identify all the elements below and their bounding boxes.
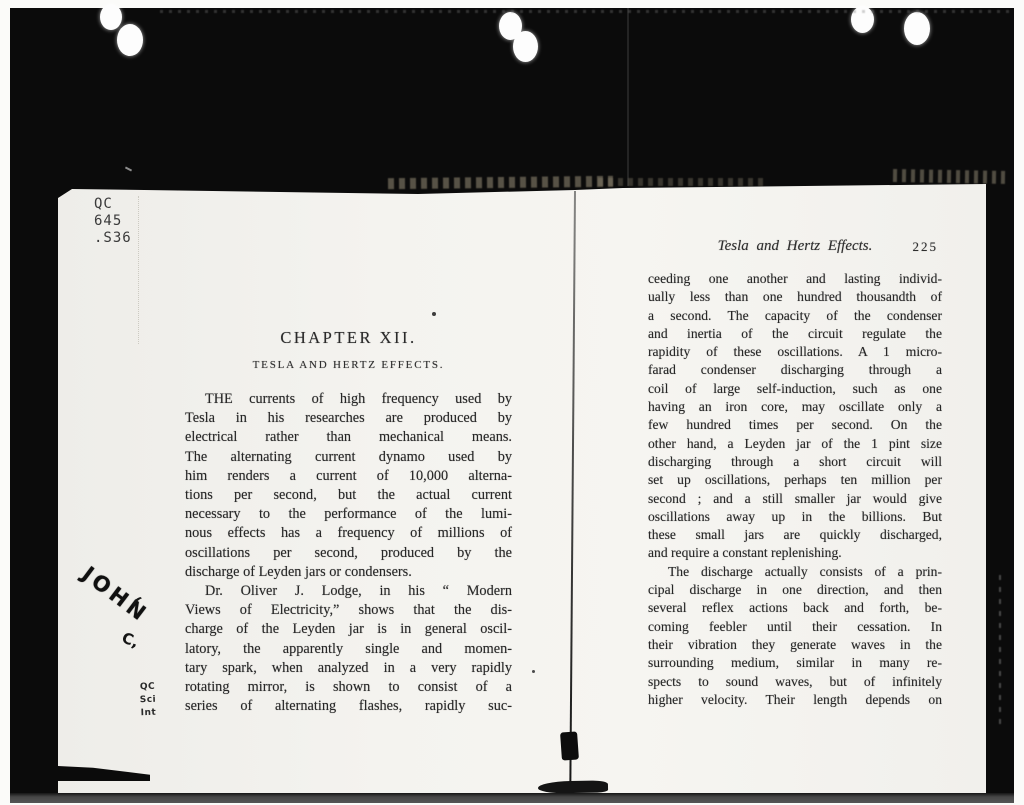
- punch-hole: [513, 31, 538, 62]
- text-line: oscillations per second, produced by the: [185, 544, 512, 563]
- text-line: their vibration they generate waves in t…: [648, 636, 942, 654]
- stamp-partial-mark: C,: [119, 629, 141, 652]
- scan-bottom-edge-bar: [10, 793, 1014, 803]
- right-page-body: ceeding one another and lasting individ-…: [648, 270, 942, 709]
- chapter-heading: CHAPTER XII.: [185, 328, 512, 348]
- punch-hole: [904, 12, 930, 45]
- body-paragraph: Dr. Oliver J. Lodge, in his “ ModernView…: [185, 582, 512, 716]
- text-line: tary spark, when analyzed in a very rapi…: [185, 659, 512, 678]
- text-line: The discharge actually consists of a pri…: [648, 563, 942, 581]
- text-line: THE currents of high frequency used by: [185, 390, 512, 409]
- text-line: oscillations away up in the billions. Bu…: [648, 508, 942, 526]
- scanned-book-photo: QC645.S36 CHAPTER XII. TESLA AND HERTZ E…: [0, 0, 1024, 805]
- text-line: discharging through a short circuit will: [648, 453, 942, 471]
- text-line: electrical rather than mechanical means.: [185, 428, 512, 447]
- text-line: necessary to the performance of the lumi…: [185, 505, 512, 524]
- text-line: series of alternating flashes, rapidly s…: [185, 697, 512, 716]
- text-line: Sci: [130, 693, 166, 707]
- text-line: discharge of Leyden jars or condensers.: [185, 563, 512, 582]
- body-paragraph: THE currents of high frequency used byTe…: [185, 390, 512, 582]
- text-line: surrounding medium, similar in many re-: [648, 654, 942, 672]
- corner-ink-mark: [58, 766, 150, 781]
- running-header-title: Tesla and Hertz Effects.: [718, 238, 873, 254]
- scan-noise-band: [999, 575, 1001, 725]
- text-line: The alternating current dynamo used by: [185, 448, 512, 467]
- body-paragraph: ceeding one another and lasting individ-…: [648, 270, 942, 563]
- chapter-subheading: TESLA AND HERTZ EFFECTS.: [185, 359, 512, 371]
- punch-hole: [100, 4, 122, 30]
- text-line: QC: [129, 680, 165, 694]
- text-line: ceeding one another and lasting individ-: [648, 270, 942, 288]
- scan-noise-band: [598, 178, 763, 186]
- scan-noise-band: [388, 176, 613, 189]
- text-line: second ; and a still smaller jar would g…: [648, 490, 942, 508]
- running-header: Tesla and Hertz Effects. 225: [648, 238, 942, 258]
- text-line: a second. The capacity of the condenser: [648, 307, 942, 325]
- scan-noise-band: [160, 10, 1010, 13]
- text-line: and require a constant replenishing.: [648, 544, 942, 562]
- text-line: and inertia of the circuit regulate the: [648, 325, 942, 343]
- book-page-spread: QC645.S36 CHAPTER XII. TESLA AND HERTZ E…: [58, 184, 986, 793]
- text-line: farad condenser discharging through a: [648, 361, 942, 379]
- margin-pencil-line: [138, 196, 139, 344]
- text-line: higher velocity. Their length depends on: [648, 691, 942, 709]
- text-line: Tesla in his researches are produced by: [185, 409, 512, 428]
- text-line: having an iron core, may oscillate only …: [648, 398, 942, 416]
- text-line: ually less than one hundred thousandth o…: [648, 288, 942, 306]
- text-line: few hundred times per second. On the: [648, 416, 942, 434]
- text-line: several reflex actions back and forth, b…: [648, 599, 942, 617]
- text-line: Views of Electricity,” shows that the di…: [185, 601, 512, 620]
- text-line: coming feebler until their cessation. In: [648, 618, 942, 636]
- text-line: Int: [130, 706, 166, 720]
- text-line: 645: [94, 213, 132, 230]
- punch-hole: [117, 24, 143, 56]
- text-line: cipal discharge in one direction, and th…: [648, 581, 942, 599]
- book-gutter-shadow: [569, 191, 576, 783]
- text-line: rapidity of these oscillations. A 1 micr…: [648, 343, 942, 361]
- text-line: coil of large self-induction, such as on…: [648, 380, 942, 398]
- text-line: spects to sound waves, but of infinitely: [648, 673, 942, 691]
- scan-noise-band: [893, 169, 1010, 184]
- text-line: nous effects has a frequency of millions…: [185, 524, 512, 543]
- body-paragraph: The discharge actually consists of a pri…: [648, 563, 942, 709]
- library-call-number: QC645.S36: [94, 196, 132, 247]
- backdrop-fold-line: [627, 8, 629, 186]
- text-line: set up oscillations, perhaps ten million…: [648, 471, 942, 489]
- text-line: charge of the Leyden jar is in general o…: [185, 620, 512, 639]
- page-number: 225: [913, 239, 939, 255]
- spine-ink-blob: [560, 731, 579, 760]
- text-line: him renders a current of 10,000 alterna-: [185, 467, 512, 486]
- ownership-stamp: JOHN: [78, 562, 154, 627]
- text-line: latory, the apparently single and momen-: [185, 640, 512, 659]
- spine-ink-smudge: [538, 780, 608, 793]
- text-line: .S36: [94, 230, 132, 247]
- ink-speck: [532, 670, 535, 673]
- text-line: QC: [94, 196, 132, 213]
- text-line: tions per second, but the actual current: [185, 486, 512, 505]
- text-line: rotating mirror, is shown to consist of …: [185, 678, 512, 697]
- text-line: these small jars are quickly discharged,: [648, 526, 942, 544]
- text-line: other hand, a Leyden jar of the 1 pint s…: [648, 435, 942, 453]
- ink-speck: [432, 312, 436, 316]
- library-corner-stamp: QCSciInt: [129, 680, 166, 720]
- text-line: Dr. Oliver J. Lodge, in his “ Modern: [185, 582, 512, 601]
- left-page-body: THE currents of high frequency used byTe…: [185, 390, 512, 716]
